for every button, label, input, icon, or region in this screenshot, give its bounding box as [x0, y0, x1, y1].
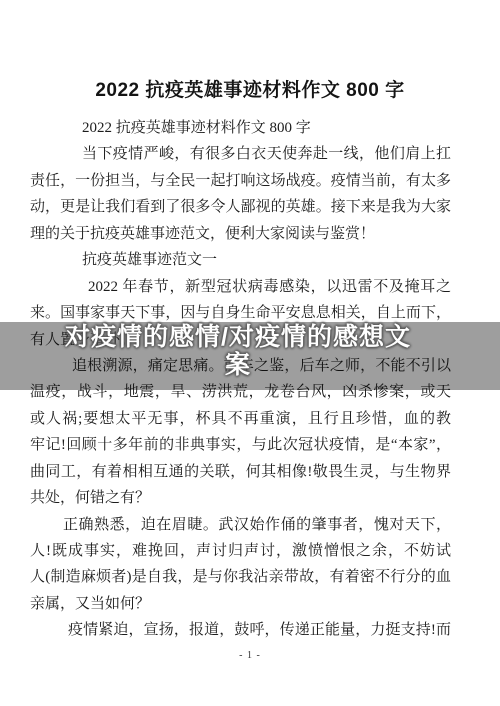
text-line: 疫情紧迫，宣扬，报道，鼓呼，传递正能量，力挺支持!而不分青: [30, 617, 451, 643]
text-line: 当下疫情严峻，有很多白衣天使奔赴一线，他们肩上扛的是一份: [30, 141, 451, 167]
text-line: 人(制造麻烦者)是自我，是与你我沾亲带故，有着密不行分的血缘: [30, 564, 451, 590]
text-line: 人!既成事实，难挽回，声讨归声讨，激愤憎恨之余，不妨试想：那: [30, 538, 451, 564]
text-line: 或人祸;要想太平无事，杯具不再重演，且行且珍惜，血的教训，当: [30, 406, 451, 432]
text-line: 2022 抗疫英雄事迹材料作文 800 字: [30, 115, 451, 141]
text-line: 责任，一份担当，与全民一起打响这场战疫。疫情当前，有太多感: [30, 168, 451, 194]
text-line: 亲属，又当如何？: [30, 591, 451, 617]
watermark-title-line1: 对疫情的感情/对疫情的感想文: [0, 323, 488, 351]
page-number: - 1 -: [0, 650, 500, 661]
text-line: 理的关于抗疫英雄事迹范文，便利大家阅读与鉴赏！: [30, 221, 451, 247]
text-line: 2022 年春节，新型冠状病毒感染，以迅雷不及掩耳之势，席卷而: [30, 274, 451, 300]
text-line: 正确熟悉，迫在眉睫。武汉始作俑的肇事者，愧对天下，无颜见: [30, 512, 451, 538]
watermark-title: 对疫情的感情/对疫情的感想文 案: [0, 323, 488, 379]
document-title: 2022 抗疫英雄事迹材料作文 800 字: [0, 75, 500, 102]
text-line: 动，更是让我们看到了很多令人鄙视的英雄。接下来是我为大家整: [30, 194, 451, 220]
document-page: 2022 抗疫英雄事迹材料作文 800 字 2022 抗疫英雄事迹材料作文 80…: [0, 0, 500, 706]
text-line: 牢记!回顾十多年前的非典事实，与此次冠状疫情，是“本家”，异: [30, 432, 451, 458]
text-line: 共处，何错之有？: [30, 485, 451, 511]
text-line: 抗疫英雄事迹范文一: [30, 247, 451, 273]
text-line: 曲同工，有着相相互通的关联，何其相像!敬畏生灵，与生物界和谐: [30, 459, 451, 485]
watermark-title-line2: 案: [0, 351, 488, 379]
